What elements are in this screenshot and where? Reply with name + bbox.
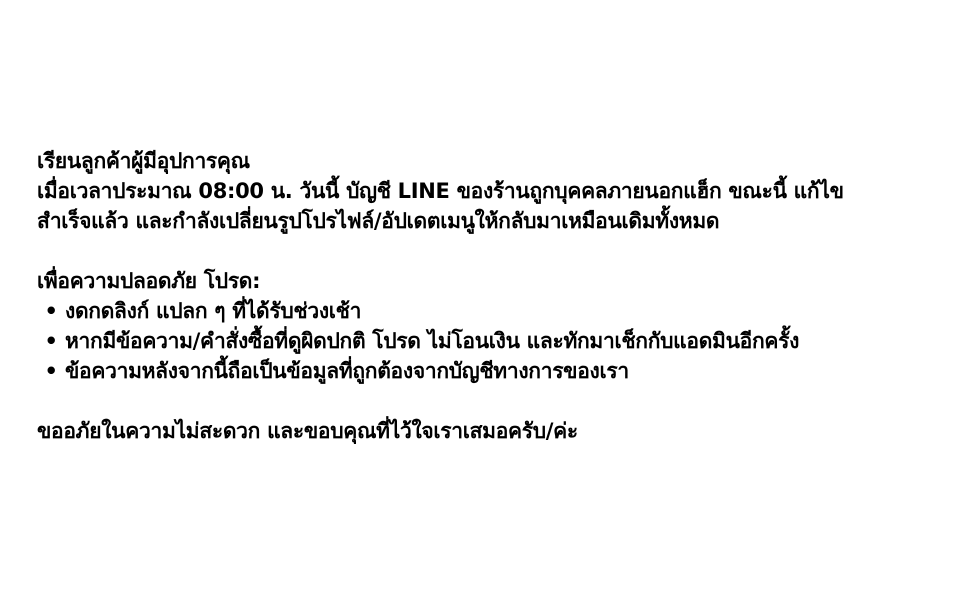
bullet-text: ข้อความหลังจากนี้ถือเป็นข้อมูลที่ถูกต้อง… xyxy=(65,359,629,383)
bullet-item: •ข้อความหลังจากนี้ถือเป็นข้อมูลที่ถูกต้อ… xyxy=(37,356,947,386)
safety-heading: เพื่อความปลอดภัย โปรด: xyxy=(37,266,947,296)
bullet-dot-icon: • xyxy=(37,326,65,356)
spacer xyxy=(37,386,947,416)
bullet-dot-icon: • xyxy=(37,296,65,326)
bullet-item: •งดกดลิงก์ แปลก ๆ ที่ได้รับช่วงเช้า xyxy=(37,296,947,326)
bullet-dot-icon: • xyxy=(37,356,65,386)
bullet-item: •หากมีข้อความ/คำสั่งซื้อที่ดูผิดปกติ โปร… xyxy=(37,326,947,356)
spacer xyxy=(37,236,947,266)
paragraph-line-1: เมื่อเวลาประมาณ 08:00 น. วันนี้ บัญชี LI… xyxy=(37,176,947,206)
announcement-message: เรียนลูกค้าผู้มีอุปการคุณ เมื่อเวลาประมา… xyxy=(37,146,947,446)
bullet-text: หากมีข้อความ/คำสั่งซื้อที่ดูผิดปกติ โปรด… xyxy=(65,329,799,353)
bullet-text: งดกดลิงก์ แปลก ๆ ที่ได้รับช่วงเช้า xyxy=(65,299,361,323)
closing-line: ขออภัยในความไม่สะดวก และขอบคุณที่ไว้ใจเร… xyxy=(37,416,947,446)
paragraph-line-2: สำเร็จแล้ว และกำลังเปลี่ยนรูปโปรไฟล์/อัป… xyxy=(37,206,947,236)
greeting: เรียนลูกค้าผู้มีอุปการคุณ xyxy=(37,146,947,176)
